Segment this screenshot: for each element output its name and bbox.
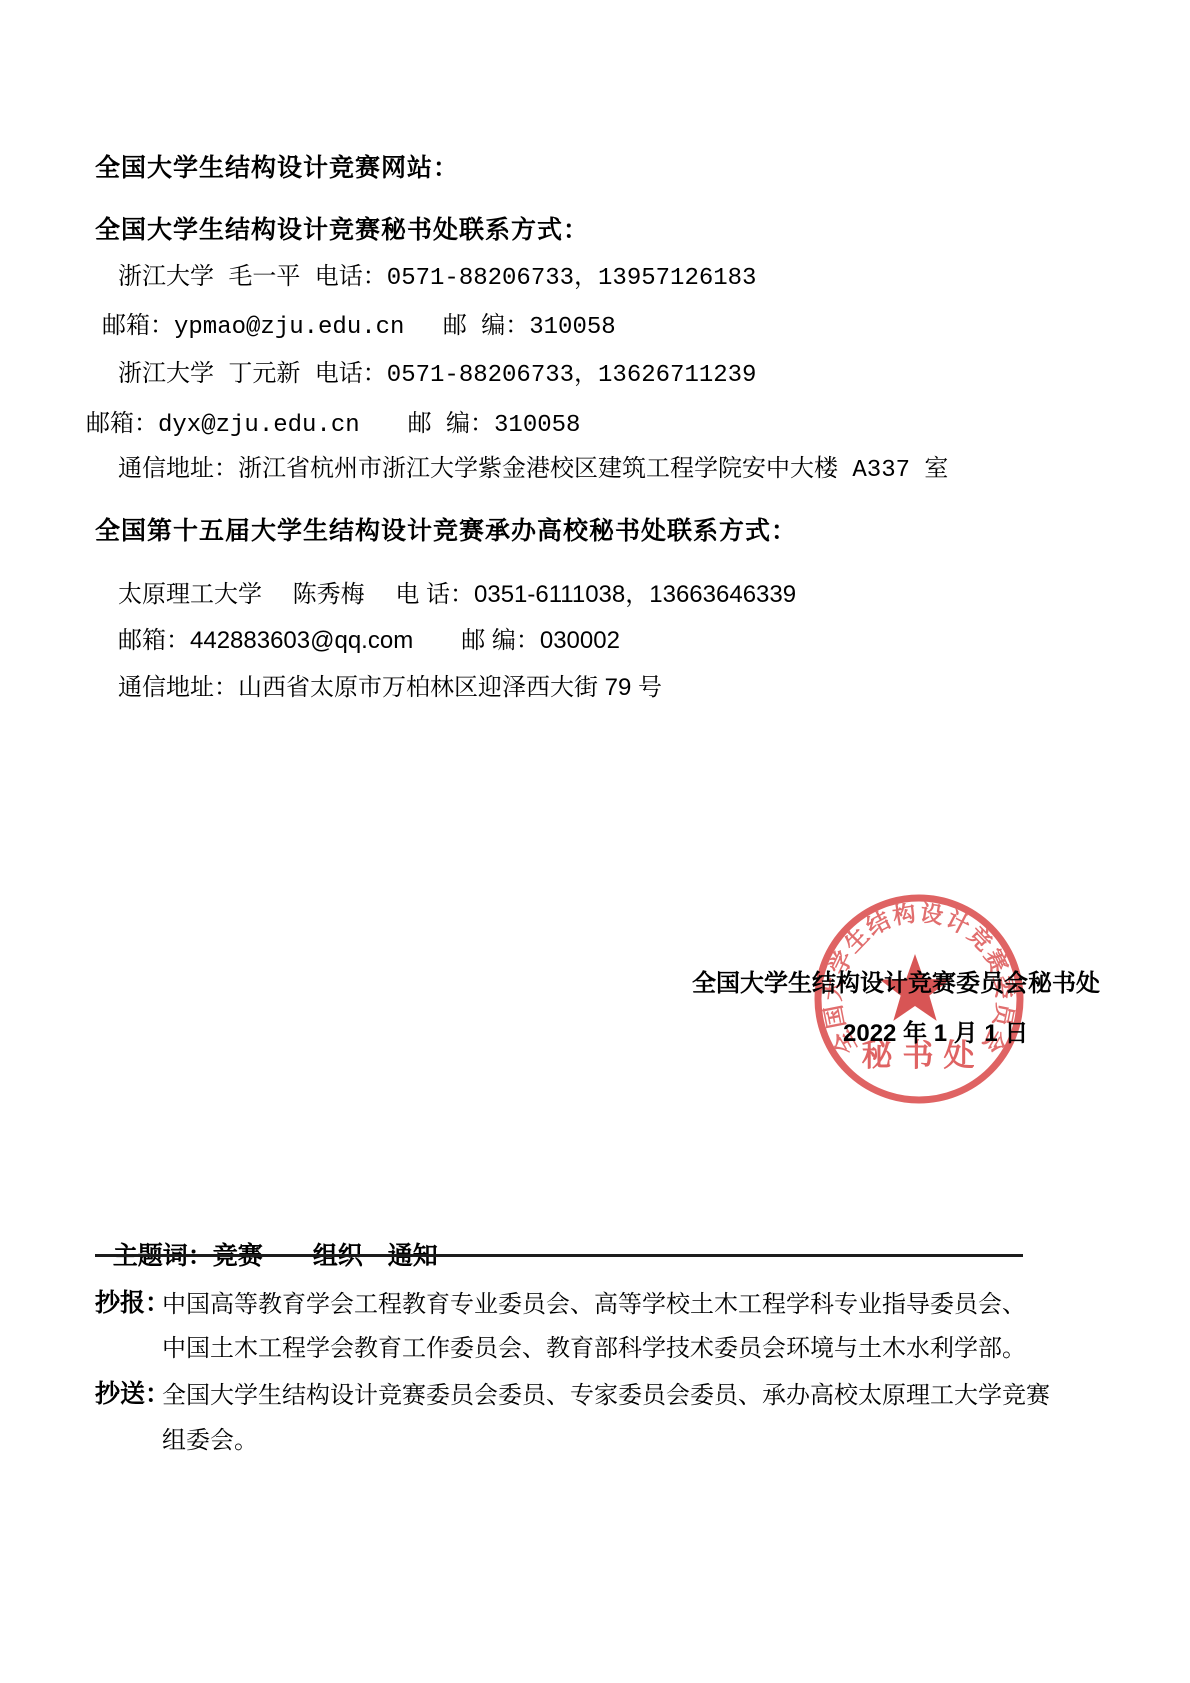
- zju-email-line: 邮箱：ypmao@zju.edu.cn 邮 编：310058: [102, 305, 616, 341]
- copy-send-line: 全国大学生结构设计竞赛委员会委员、专家委员会委员、承办高校太原理工大学竞赛: [162, 1375, 1050, 1410]
- website-heading: 全国大学生结构设计竞赛网站：: [95, 148, 459, 184]
- seal-ring: [818, 898, 1020, 1100]
- zju-address-line: 通信地址：浙江省杭州市浙江大学紫金港校区建筑工程学院安中大楼 A337 室: [118, 448, 948, 484]
- zju-secretariat-heading: 全国大学生结构设计竞赛秘书处联系方式：: [95, 210, 589, 246]
- host-email-line: 邮箱：442883603@qq.com 邮 编：030002: [118, 620, 620, 655]
- copy-report-line-2: 中国土木工程学会教育工作委员会、教育部科学技术委员会环境与土木水利学部。: [162, 1328, 1026, 1363]
- copy-report-line: 中国高等教育学会工程教育专业委员会、高等学校土木工程学科专业指导委员会、: [162, 1284, 1026, 1319]
- footer-divider: [95, 1254, 1023, 1257]
- zju-contact-line: 浙江大学 毛一平 电话：0571-88206733，13957126183: [118, 256, 756, 292]
- signature-org: 全国大学生结构设计竞赛委员会秘书处: [692, 963, 1100, 998]
- host-contact-line: 太原理工大学 陈秀梅 电 话：0351-6111038，13663646339: [118, 574, 796, 609]
- copy-report-label: 抄报：: [95, 1283, 170, 1319]
- document-page: 全国大学生结构设计竞赛网站： 全国大学生结构设计竞赛秘书处联系方式： 浙江大学 …: [0, 0, 1190, 1683]
- host-secretariat-heading: 全国第十五届大学生结构设计竞赛承办高校秘书处联系方式：: [95, 511, 797, 547]
- host-address-line: 通信地址：山西省太原市万柏林区迎泽西大街 79 号: [118, 667, 662, 702]
- signature-date: 2022 年 1 月 1 日: [843, 1013, 1028, 1048]
- zju-contact-line-2: 浙江大学 丁元新 电话：0571-88206733，13626711239: [118, 353, 756, 389]
- copy-send-label: 抄送：: [95, 1374, 170, 1410]
- zju-email-line-2: 邮箱：dyx@zju.edu.cn 邮 编：310058: [86, 403, 580, 439]
- official-seal-stamp: 全国大学生结构设计竞赛委员会 秘书处: [811, 891, 1027, 1107]
- copy-send-line-2: 组委会。: [162, 1420, 258, 1455]
